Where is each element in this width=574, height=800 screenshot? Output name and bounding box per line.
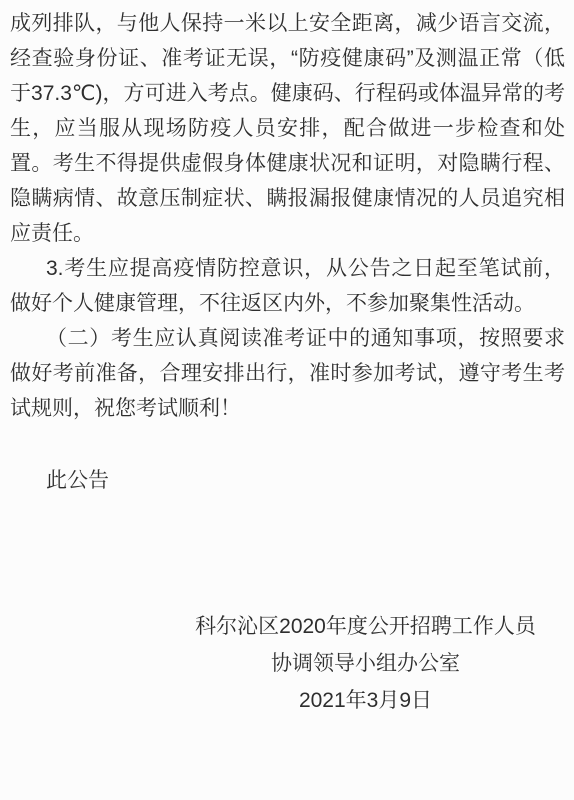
text-line-item-3: 3.考生应提高疫情防控意识，从公告之日起至笔试前， [10, 251, 565, 286]
text-line: 于37.3℃)，方可进入考点。健康码、行程码或体温异常的考 [10, 76, 565, 111]
text-line: 成列排队，与他人保持一米以上安全距离，减少语言交流， [10, 6, 565, 41]
text-line: 置。考生不得提供虚假身体健康状况和证明，对隐瞒行程、 [10, 146, 565, 181]
text-line-item-2: （二）考生应认真阅读准考证中的通知事项，按照要求 [10, 321, 565, 356]
text-line: 试规则，祝您考试顺利！ [10, 391, 565, 426]
document-page: 成列排队，与他人保持一米以上安全距离，减少语言交流， 经查验身份证、准考证无误，… [0, 0, 574, 800]
closing-statement: 此公告 [10, 463, 565, 498]
text-line: 做好考前准备，合理安排出行，准时参加考试，遵守考生考 [10, 356, 565, 391]
signature-date: 2021年3月9日 [166, 682, 565, 719]
text-line: 做好个人健康管理，不往返区内外，不参加聚集性活动。 [10, 286, 565, 321]
signature-org-line-2: 协调领导小组办公室 [166, 645, 565, 682]
text-line: 经查验身份证、准考证无误，“防疫健康码”及测温正常（低 [10, 41, 565, 76]
signature-block: 科尔沁区2020年度公开招聘工作人员 协调领导小组办公室 2021年3月9日 [166, 608, 565, 719]
text-line: 应责任。 [10, 216, 565, 251]
text-line: 隐瞒病情、故意压制症状、瞒报漏报健康情况的人员追究相 [10, 181, 565, 216]
signature-org-line-1: 科尔沁区2020年度公开招聘工作人员 [166, 608, 565, 645]
text-line: 生，应当服从现场防疫人员安排，配合做进一步检查和处 [10, 111, 565, 146]
